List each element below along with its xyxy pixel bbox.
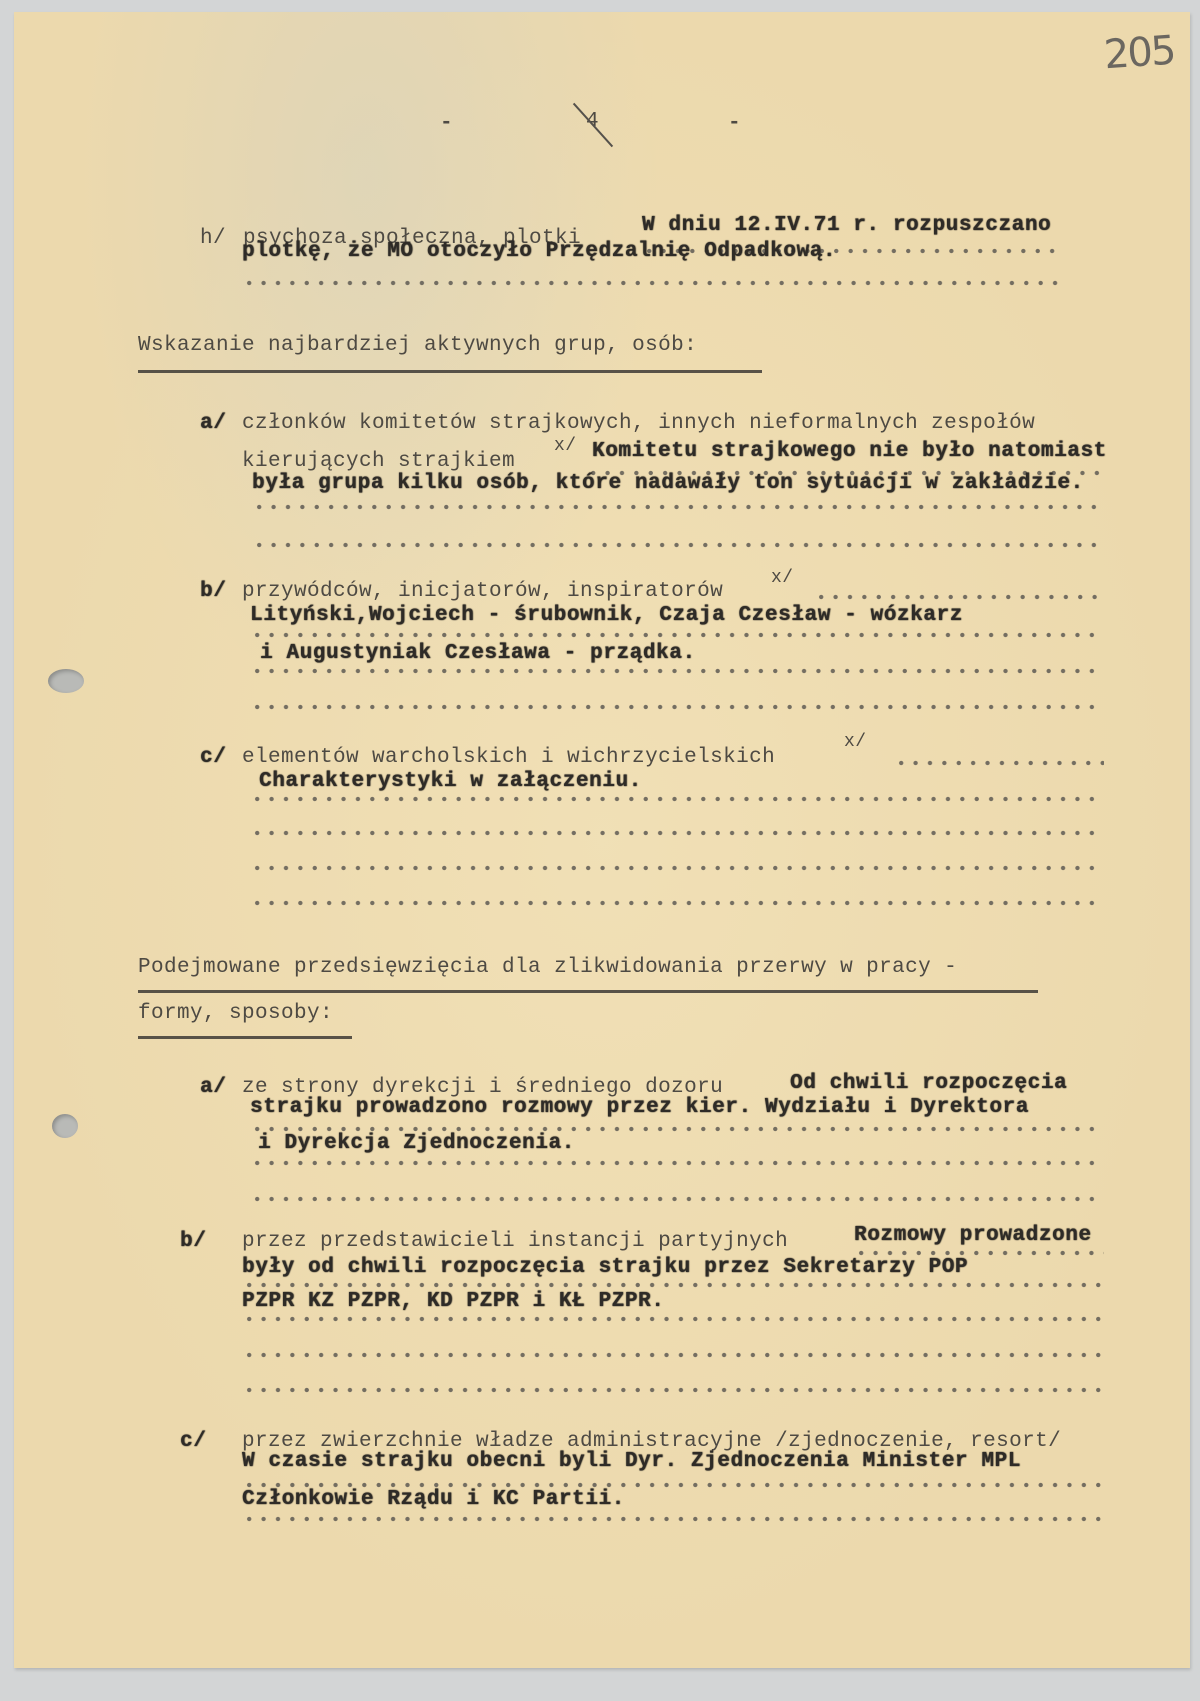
dotted-line (250, 668, 1104, 674)
dotted-line (894, 760, 1104, 766)
groups-c-prompt: elementów warcholskich i wichrzycielskic… (242, 746, 775, 769)
dotted-line (250, 704, 1104, 710)
measures-b-answer-2: były od chwili rozpoczęcia strajku przez… (242, 1256, 968, 1279)
groups-c-label: c/ (200, 746, 226, 769)
document-page: 205 - 4 - h/ psychoza społeczna, plotki … (14, 12, 1190, 1668)
measures-heading-underline-2 (138, 1036, 352, 1039)
dotted-line (242, 1352, 1104, 1358)
section-h-answer-2: plotkę, że MO otoczyło Przędzalnię Odpad… (242, 240, 836, 263)
dotted-line (242, 1387, 1104, 1393)
page-dash-left: - (440, 112, 453, 135)
dotted-line (252, 542, 1104, 548)
groups-c-answer-1: Charakterystyki w załączeniu. (259, 770, 642, 793)
punch-hole-bottom (52, 1114, 78, 1138)
dotted-line (242, 1282, 1104, 1288)
groups-b-answer-1: Lityński,Wojciech - śrubownik, Czaja Cze… (250, 604, 963, 627)
groups-a-prompt-1: członków komitetów strajkowych, innych n… (242, 412, 1035, 435)
groups-heading-underline (138, 370, 762, 373)
dotted-line (250, 830, 1104, 836)
dotted-line (242, 1516, 1104, 1522)
dotted-line (250, 796, 1104, 802)
dotted-line (250, 632, 1104, 638)
section-h-label: h/ (200, 227, 226, 250)
groups-a-answer-1: Komitetu strajkowego nie było natomiast (592, 440, 1107, 463)
measures-heading-1: Podejmowane przedsięwzięcia dla zlikwido… (138, 956, 957, 979)
groups-b-label: b/ (200, 580, 226, 603)
measures-b-answer-1: Rozmowy prowadzone (854, 1224, 1092, 1247)
groups-c-footnote-mark: x/ (844, 732, 866, 752)
measures-b-prompt: przez przedstawicieli instancji partyjny… (242, 1230, 788, 1253)
measures-c-label: c/ (180, 1430, 206, 1453)
groups-b-footnote-mark: x/ (771, 568, 793, 588)
groups-heading: Wskazanie najbardziej aktywnych grup, os… (138, 334, 697, 357)
measures-a-answer-1: Od chwili rozpoczęcia (790, 1072, 1067, 1095)
measures-a-answer-3: i Dyrekcja Zjednoczenia. (258, 1132, 575, 1155)
groups-b-prompt: przywódców, inicjatorów, inspiratorów (242, 580, 723, 603)
measures-b-answer-3: PZPR KZ PZPR, KD PZPR i KŁ PZPR. (242, 1290, 664, 1313)
section-h-answer-1: W dniu 12.IV.71 r. rozpuszczano (642, 214, 1051, 237)
dotted-line (250, 865, 1104, 871)
page-dash-right: - (728, 112, 741, 135)
archive-number: 205 (1102, 28, 1175, 79)
measures-a-answer-2: strajku prowadzono rozmowy przez kier. W… (250, 1096, 1029, 1119)
measures-c-answer-1: W czasie strajku obecni byli Dyr. Zjedno… (242, 1450, 1021, 1473)
dotted-line (814, 594, 1104, 600)
measures-heading-underline-1 (138, 990, 1038, 993)
dotted-line (242, 280, 1064, 286)
dotted-line (250, 1196, 1104, 1202)
dotted-line (252, 504, 1104, 510)
measures-heading-2: formy, sposoby: (138, 1002, 333, 1025)
punch-hole-top (48, 669, 84, 693)
dotted-line (250, 1160, 1104, 1166)
groups-a-prompt-2: kierujących strajkiem (242, 450, 515, 473)
measures-a-label: a/ (200, 1076, 226, 1099)
groups-a-answer-2: była grupa kilku osób, które nadawały to… (252, 472, 1084, 495)
groups-a-label: a/ (200, 412, 226, 435)
groups-a-footnote-mark: x/ (554, 436, 576, 456)
dotted-line (250, 900, 1104, 906)
dotted-line (242, 1316, 1104, 1322)
groups-b-answer-2: i Augustyniak Czesława - prządka. (260, 642, 696, 665)
measures-c-answer-2: Członkowie Rządu i KC Partii. (242, 1488, 625, 1511)
measures-b-label: b/ (180, 1230, 206, 1253)
